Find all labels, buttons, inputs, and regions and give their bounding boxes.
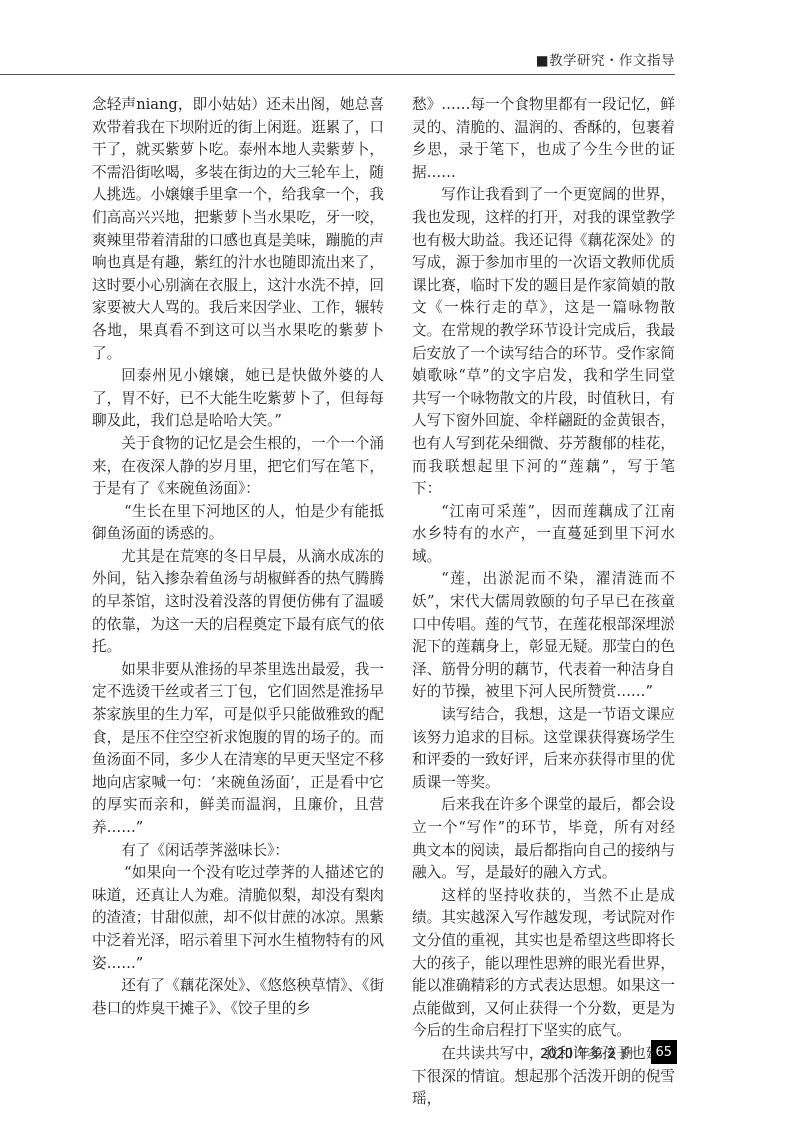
paragraph: 回泰州见小嬢嬢，她已是快做外婆的人了，胃不好，已不大能生吃紫萝卜了，但每每聊及此…	[92, 365, 384, 433]
issue-label: 2020 年第 2 期	[540, 1043, 633, 1062]
paragraph: 后来我在许多个课堂的最后，都会设立一个“写作”的环节，毕竟，所有对经典文本的阅读…	[412, 794, 675, 884]
right-column: 愁》……每一个食物里都有一段记忆，鲜灵的、清脆的、温润的、香酥的，包裹着乡思，录…	[412, 94, 675, 1111]
paragraph: 如果非要从淮扬的早茶里选出最爱，我一定不选烫干丝或者三丁包，它们固然是淮扬早茶家…	[92, 659, 384, 840]
quote-paragraph: “莲，出淤泥而不染，濯清涟而不妖”，宋代大儒周敦颐的句子早已在孩童口中传唱。莲的…	[412, 568, 675, 704]
paragraph: 关于食物的记忆是会生根的，一个一个涌来，在夜深人静的岁月里，把它们写在笔下，于是…	[92, 433, 384, 501]
quote-paragraph: “江南可采莲”，因而莲藕成了江南水乡特有的水产，一直蔓延到里下河水域。	[412, 501, 675, 569]
paragraph: 这样的坚持收获的，当然不止是成绩。其实越深入写作越发现，考试院对作文分值的重视，…	[412, 885, 675, 1043]
paragraph: 还有了《藕花深处》、《悠悠秧草情》、《街巷口的炸臭干摊子》、《饺子里的乡	[92, 975, 384, 1020]
quote-paragraph: “生长在里下河地区的人，怕是少有能抵御鱼汤面的诱惑的。	[92, 501, 384, 546]
paragraph: 愁》……每一个食物里都有一段记忆，鲜灵的、清脆的、温润的、香酥的，包裹着乡思，录…	[412, 94, 675, 184]
paragraph: 念轻声niang，即小姑姑）还未出阁，她总喜欢带着我在下坝附近的街上闲逛。逛累了…	[92, 94, 384, 365]
page-number: 65	[651, 1040, 677, 1064]
page-footer: 2020 年第 2 期 65	[540, 1039, 677, 1065]
paragraph: 尤其是在荒寒的冬日早晨，从滴水成冻的外间，钻入掺杂着鱼汤与胡椒鲜香的热气腾腾的早…	[92, 546, 384, 659]
page-header: ■教学研究・作文指导	[0, 40, 675, 75]
paragraph: 写作让我看到了一个更宽阔的世界，我也发现，这样的打开，对我的课堂教学也有极大助益…	[412, 184, 675, 500]
quote-paragraph: “如果向一个没有吃过荸荠的人描述它的味道，还真让人为难。清脆似梨，却没有梨肉的渣…	[92, 862, 384, 975]
left-column: 念轻声niang，即小姑姑）还未出阁，她总喜欢带着我在下坝附近的街上闲逛。逛累了…	[92, 94, 384, 1020]
paragraph: 读写结合，我想，这是一节语文课应该努力追求的目标。这堂课获得赛场学生和评委的一致…	[412, 704, 675, 794]
section-title: ■教学研究・作文指导	[536, 49, 675, 69]
paragraph: 有了《闲话荸荠滋味长》：	[92, 840, 384, 863]
